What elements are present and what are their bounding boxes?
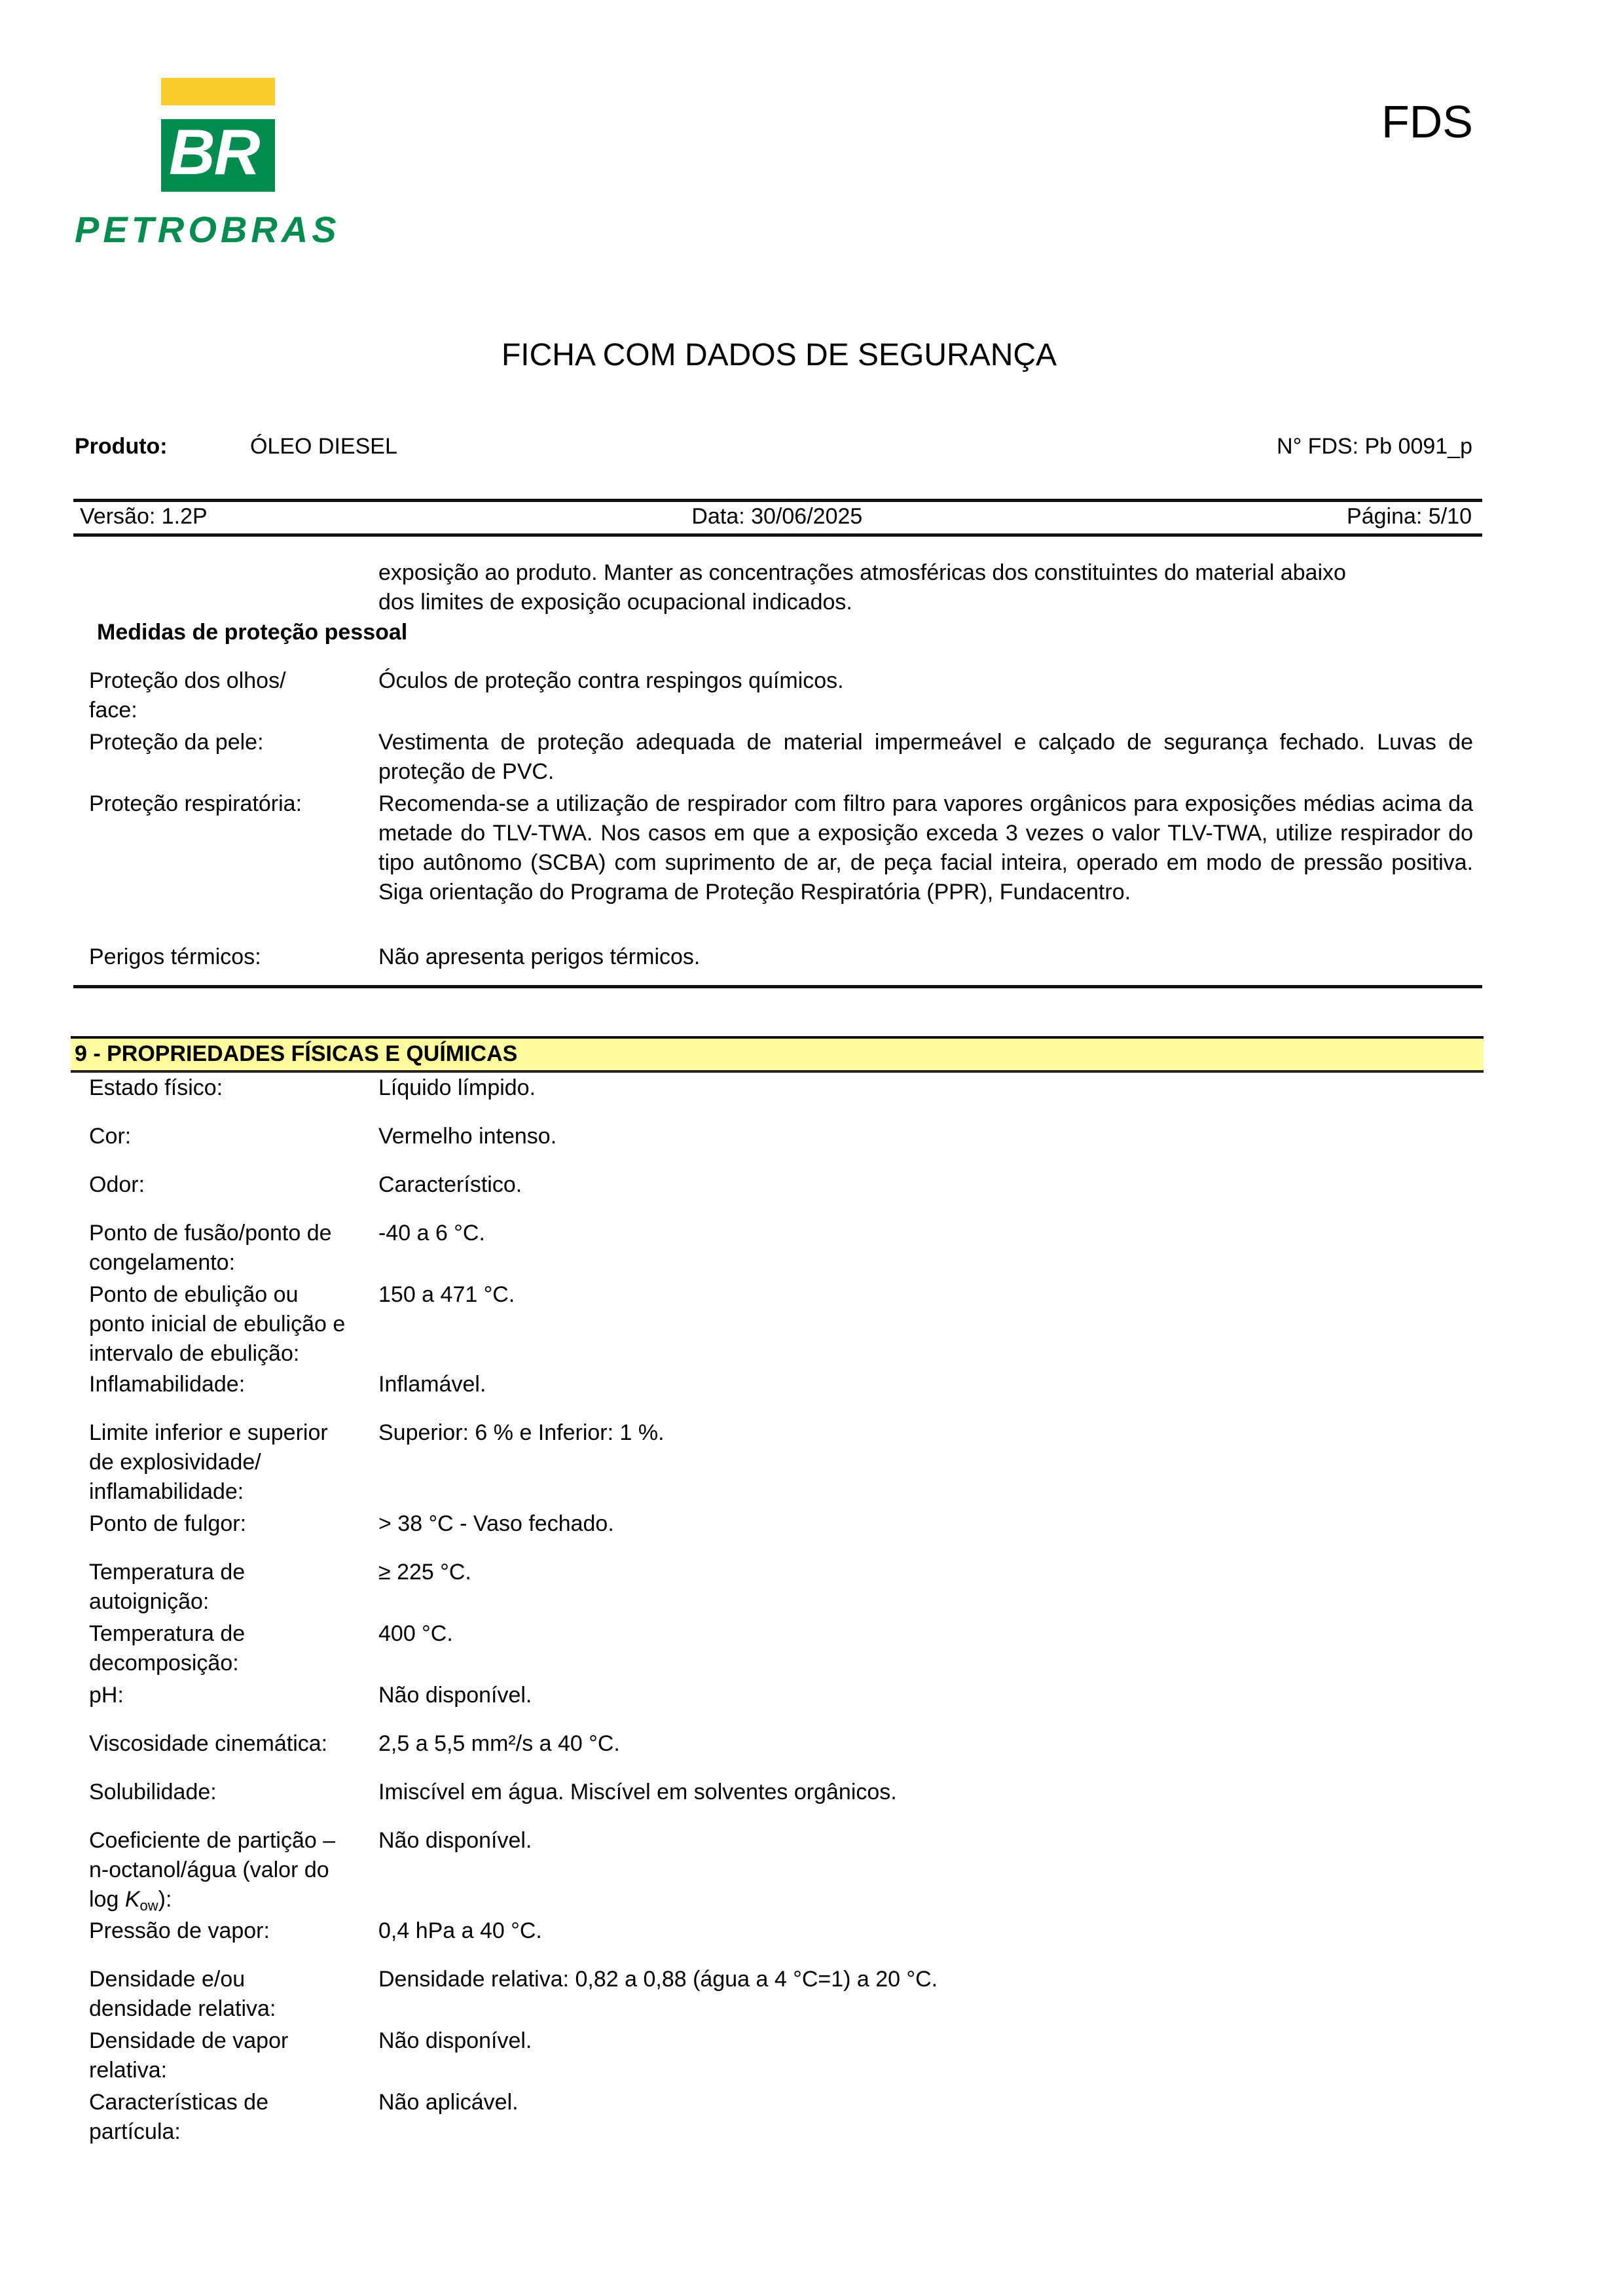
property-label: Temperatura de autoignição: [89,1558,351,1617]
property-label: Densidade e/ou densidade relativa: [89,1965,351,2024]
property-label: Temperatura de decomposição: [89,1619,351,1678]
property-value: 400 °C. [378,1619,1473,1649]
property-label: Pressão de vapor: [89,1916,351,1946]
property-label: Coeficiente de partição – n-octanol/água… [89,1826,351,1920]
property-label: Ponto de fulgor: [89,1509,351,1539]
protection-value: Vestimenta de proteção adequada de mater… [378,728,1473,787]
section-divider [73,985,1482,988]
property-label: Odor: [89,1170,351,1200]
property-value: Não disponível. [378,2026,1473,2056]
property-value: 150 a 471 °C. [378,1280,1473,1310]
exposure-intro-line: exposição ao produto. Manter as concentr… [378,558,1478,588]
property-label: Viscosidade cinemática: [89,1729,351,1759]
protection-label: Perigos térmicos: [89,942,364,972]
protection-value: Recomenda-se a utilização de respirador … [378,789,1473,907]
section-9-header: 9 - PROPRIEDADES FÍSICAS E QUÍMICAS [71,1036,1484,1073]
page-number: Página: 5/10 [1347,504,1472,529]
meta-row: Versão: 1.2P Data: 30/06/2025 Página: 5/… [80,504,1472,529]
property-label-text: ): [158,1887,172,1912]
section-9-title: 9 - PROPRIEDADES FÍSICAS E QUÍMICAS [75,1041,517,1067]
protection-label: Proteção respiratória: [89,789,364,819]
property-value: 0,4 hPa a 40 °C. [378,1916,1473,1946]
property-label: Ponto de ebulição ou ponto inicial de eb… [89,1280,351,1369]
document-title: FICHA COM DADOS DE SEGURANÇA [0,337,1558,373]
property-label: Ponto de fusão/ponto de congelamento: [89,1219,351,1278]
property-label: Inflamabilidade: [89,1370,351,1399]
logo-yellow-bar [161,78,275,105]
date: Data: 30/06/2025 [691,504,862,529]
protection-value: Óculos de proteção contra respingos quím… [378,666,1473,696]
property-label-symbol: K [125,1887,140,1912]
exposure-intro: exposição ao produto. Manter as concentr… [378,558,1478,617]
logo-wordmark: PETROBRAS [75,208,340,251]
property-value: ≥ 225 °C. [378,1558,1473,1587]
property-value: Superior: 6 % e Inferior: 1 %. [378,1418,1473,1448]
property-value: Imiscível em água. Miscível em solventes… [378,1778,1473,1807]
protection-label: Proteção dos olhos/ face: [89,666,312,725]
document-code: FDS [1381,96,1473,148]
logo-br-mark: BR [161,119,275,192]
property-value: Densidade relativa: 0,82 a 0,88 (água a … [378,1965,1473,1994]
property-value: Líquido límpido. [378,1073,1473,1103]
property-value: Vermelho intenso. [378,1122,1473,1151]
property-label: Limite inferior e superior de explosivid… [89,1418,351,1507]
property-label: Estado físico: [89,1073,351,1103]
protection-label: Proteção da pele: [89,728,364,757]
version: Versão: 1.2P [80,504,208,529]
property-value: Não disponível. [378,1826,1473,1856]
property-value: 2,5 a 5,5 mm²/s a 40 °C. [378,1729,1473,1759]
exposure-intro-line: dos limites de exposição ocupacional ind… [378,588,1478,617]
protection-value: Não apresenta perigos térmicos. [378,942,1473,972]
property-value: Inflamável. [378,1370,1473,1399]
property-label: pH: [89,1681,351,1710]
property-label: Solubilidade: [89,1778,351,1807]
logo-br-text: BR [169,119,259,189]
header-rule-bottom [73,533,1482,537]
product-value: ÓLEO DIESEL [250,434,397,459]
property-value: Característico. [378,1170,1473,1200]
header-rule-top [73,499,1482,502]
property-value: -40 a 6 °C. [378,1219,1473,1248]
property-label-subscript: ow [140,1897,158,1914]
property-label: Densidade de vapor relativa: [89,2026,351,2085]
fds-number: N° FDS: Pb 0091_p [1277,434,1472,459]
property-value: > 38 °C - Vaso fechado. [378,1509,1473,1539]
property-label: Cor: [89,1122,351,1151]
property-value: Não disponível. [378,1681,1473,1710]
property-value: Não aplicável. [378,2088,1473,2117]
personal-protection-heading: Medidas de proteção pessoal [97,620,407,645]
property-label: Características de partícula: [89,2088,351,2147]
product-label: Produto: [75,434,168,459]
